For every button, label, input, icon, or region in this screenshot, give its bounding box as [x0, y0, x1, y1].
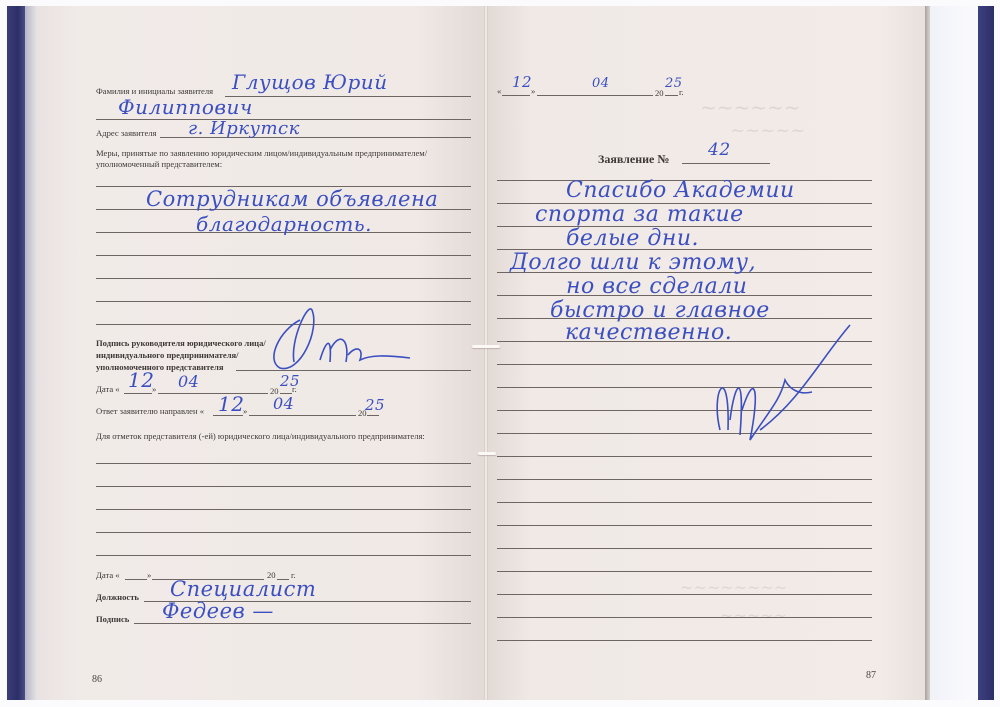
signature-line — [134, 623, 471, 624]
statement-line — [497, 479, 872, 480]
statement-line — [497, 456, 872, 457]
statement-title: Заявление № — [598, 152, 669, 167]
applicant-name-value-2: Филиппович — [118, 95, 253, 119]
statement-number-value: 42 — [708, 140, 731, 160]
signature-value: Федеев — — [162, 599, 274, 623]
statement-text-line: Спасибо Академии — [566, 178, 795, 203]
measures-label: Меры, принятые по заявлению юридическим … — [96, 148, 427, 158]
statement-text-line: белые дни. — [566, 226, 699, 251]
right-date-day-line — [502, 95, 530, 96]
date-label: Дата « — [96, 384, 120, 394]
right-date-month-line — [537, 95, 653, 96]
date-day-line — [124, 393, 152, 394]
applicant-address-label: Адрес заявителя — [96, 128, 157, 138]
position-value: Специалист — [170, 577, 316, 601]
bleed-through-text: ~~~~~~ — [700, 95, 801, 119]
statement-text-line: спорта за такие — [535, 202, 744, 227]
statement-line — [497, 617, 872, 618]
bottom-date-label-text: Дата — [96, 570, 113, 580]
applicant-name-line — [225, 96, 471, 97]
bottom-date-day-line — [125, 579, 147, 580]
notes-label: Для отметок представителя (-ей) юридичес… — [96, 431, 425, 441]
right-date-month-value: 04 — [592, 76, 610, 91]
statement-line — [497, 525, 872, 526]
statement-line — [497, 594, 872, 595]
statement-number-line — [682, 163, 770, 164]
statement-line — [497, 571, 872, 572]
answer-year-value: 25 — [365, 396, 385, 414]
right-date-year-value: 25 — [665, 76, 683, 91]
book-cover-left — [7, 6, 25, 700]
answer-month-value: 04 — [273, 394, 294, 413]
right-date-year-line — [665, 95, 678, 96]
notes-line — [96, 486, 471, 487]
applicant-address-value: г. Иркутск — [188, 118, 300, 139]
bleed-through-text: ~~~~~ — [720, 606, 787, 625]
page-number-right: 87 — [866, 670, 876, 681]
notes-line — [96, 555, 471, 556]
measures-label-2: уполномоченный представителем: — [96, 159, 222, 169]
bleed-through-text: ~~~~~ — [730, 120, 805, 141]
date-label-text: Дата — [96, 384, 113, 394]
scanned-document: ~~~~~~ ~~~~~ ~~~~~~~~ ~~~~~ Фамилия и ин… — [0, 0, 1000, 707]
date-day-value: 12 — [128, 368, 154, 392]
applicant-name-value: Глущов Юрий — [232, 70, 388, 94]
answer-day-value: 12 — [218, 392, 244, 416]
date-month-line — [158, 393, 268, 394]
book-cover-right — [978, 6, 994, 700]
right-date-open-quote: « — [497, 86, 501, 96]
bottom-date-close-quote: » — [147, 570, 151, 580]
notes-line — [96, 532, 471, 533]
bottom-date-open-quote: « — [115, 570, 119, 580]
measures-line — [96, 255, 471, 256]
answer-month-line — [249, 415, 356, 416]
measures-value-2: благодарность. — [196, 212, 372, 236]
book-cover-edge-left — [25, 6, 37, 700]
statement-line — [497, 640, 872, 641]
head-signature-label-3: уполномоченного представителя — [96, 362, 223, 372]
head-signature-label: Подпись руководителя юридического лица/ — [96, 338, 266, 348]
notes-line — [96, 463, 471, 464]
signature-label: Подпись — [96, 614, 129, 624]
answer-year-line — [367, 415, 379, 416]
date-month-value: 04 — [178, 372, 199, 391]
statement-text-line: Долго шли к этому, — [510, 250, 756, 275]
right-date-year-prefix: 20 — [655, 88, 664, 98]
measures-value: Сотрудникам объявлена — [146, 187, 438, 211]
binding-stitch-upper — [472, 345, 500, 348]
page-number-left: 86 — [92, 674, 102, 685]
binding-stitch-lower — [478, 452, 496, 455]
answer-label: Ответ заявителю направлен « — [96, 406, 204, 416]
statement-line — [497, 548, 872, 549]
applicant-signature-mark — [700, 320, 840, 450]
endpaper-strip — [930, 6, 978, 700]
notes-line — [96, 509, 471, 510]
measures-line — [96, 278, 471, 279]
head-signature-label-2: индивидуального предпринимателя/ — [96, 350, 239, 360]
bottom-date-label: Дата « — [96, 570, 120, 580]
statement-text-line: но все сделали — [566, 274, 747, 299]
statement-line — [497, 502, 872, 503]
answer-label-text: Ответ заявителю направлен — [96, 406, 198, 416]
right-date-day-value: 12 — [512, 73, 532, 91]
date-year-value: 25 — [280, 372, 300, 390]
position-label: Должность — [96, 592, 139, 602]
head-signature-mark — [260, 300, 420, 380]
